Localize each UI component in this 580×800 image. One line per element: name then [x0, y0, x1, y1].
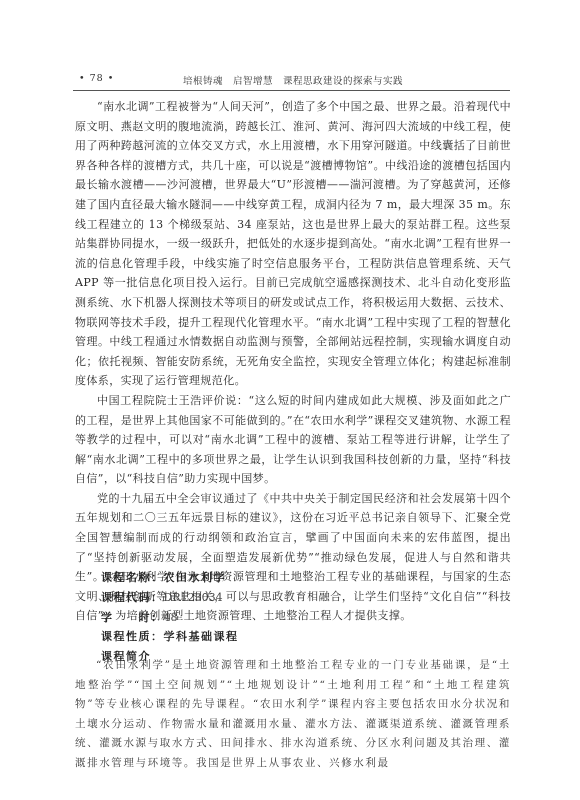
course-hours-value: 48 — [164, 611, 178, 624]
paragraph: “农田水利学”是土地资源管理和土地整治工程专业的一门专业基础课，是“土地整治学”… — [75, 656, 511, 774]
paragraph: “南水北调”工程被誉为“人间天河”，创造了多个中国之最、世界之最。沿着现代中原文… — [75, 97, 511, 391]
course-name-value: 农田水利学 — [164, 571, 227, 584]
paragraph: 中国工程院院士王浩评价说：“这么短的时间内建成如此大规模、涉及面如此之广的工程，… — [75, 391, 511, 489]
course-hours-row: 学 时：48 — [101, 608, 521, 628]
body-text: “南水北调”工程被誉为“人间天河”，创造了多个中国之最、世界之最。沿着现代中原文… — [75, 97, 511, 626]
course-code-value: DR123034 — [164, 591, 223, 604]
course-nature-value: 学科基础课程 — [164, 630, 239, 643]
page-header: • 78 • 培根铸魂 启智增慧 课程思政建设的探索与实践 — [73, 72, 510, 91]
course-code-row: 课程代码：DR123034 — [101, 588, 521, 608]
course-name-label: 课程名称： — [101, 571, 164, 584]
document-page: • 78 • 培根铸魂 启智增慧 课程思政建设的探索与实践 “南水北调”工程被誉… — [0, 0, 580, 800]
running-title: 培根铸魂 启智增慧 课程思政建设的探索与实践 — [183, 73, 403, 87]
course-intro-text: “农田水利学”是土地资源管理和土地整治工程专业的一门专业基础课，是“土地整治学”… — [75, 656, 511, 774]
course-name-row: 课程名称：农田水利学 — [101, 568, 521, 588]
course-code-label: 课程代码： — [101, 591, 164, 604]
page-number: • 78 • — [79, 73, 114, 84]
course-info: 课程名称：农田水利学 课程代码：DR123034 学 时：48 课程性质：学科基… — [101, 568, 521, 667]
course-nature-label: 课程性质： — [101, 630, 164, 643]
course-hours-label: 学 时： — [101, 611, 164, 624]
course-nature-row: 课程性质：学科基础课程 — [101, 627, 521, 647]
